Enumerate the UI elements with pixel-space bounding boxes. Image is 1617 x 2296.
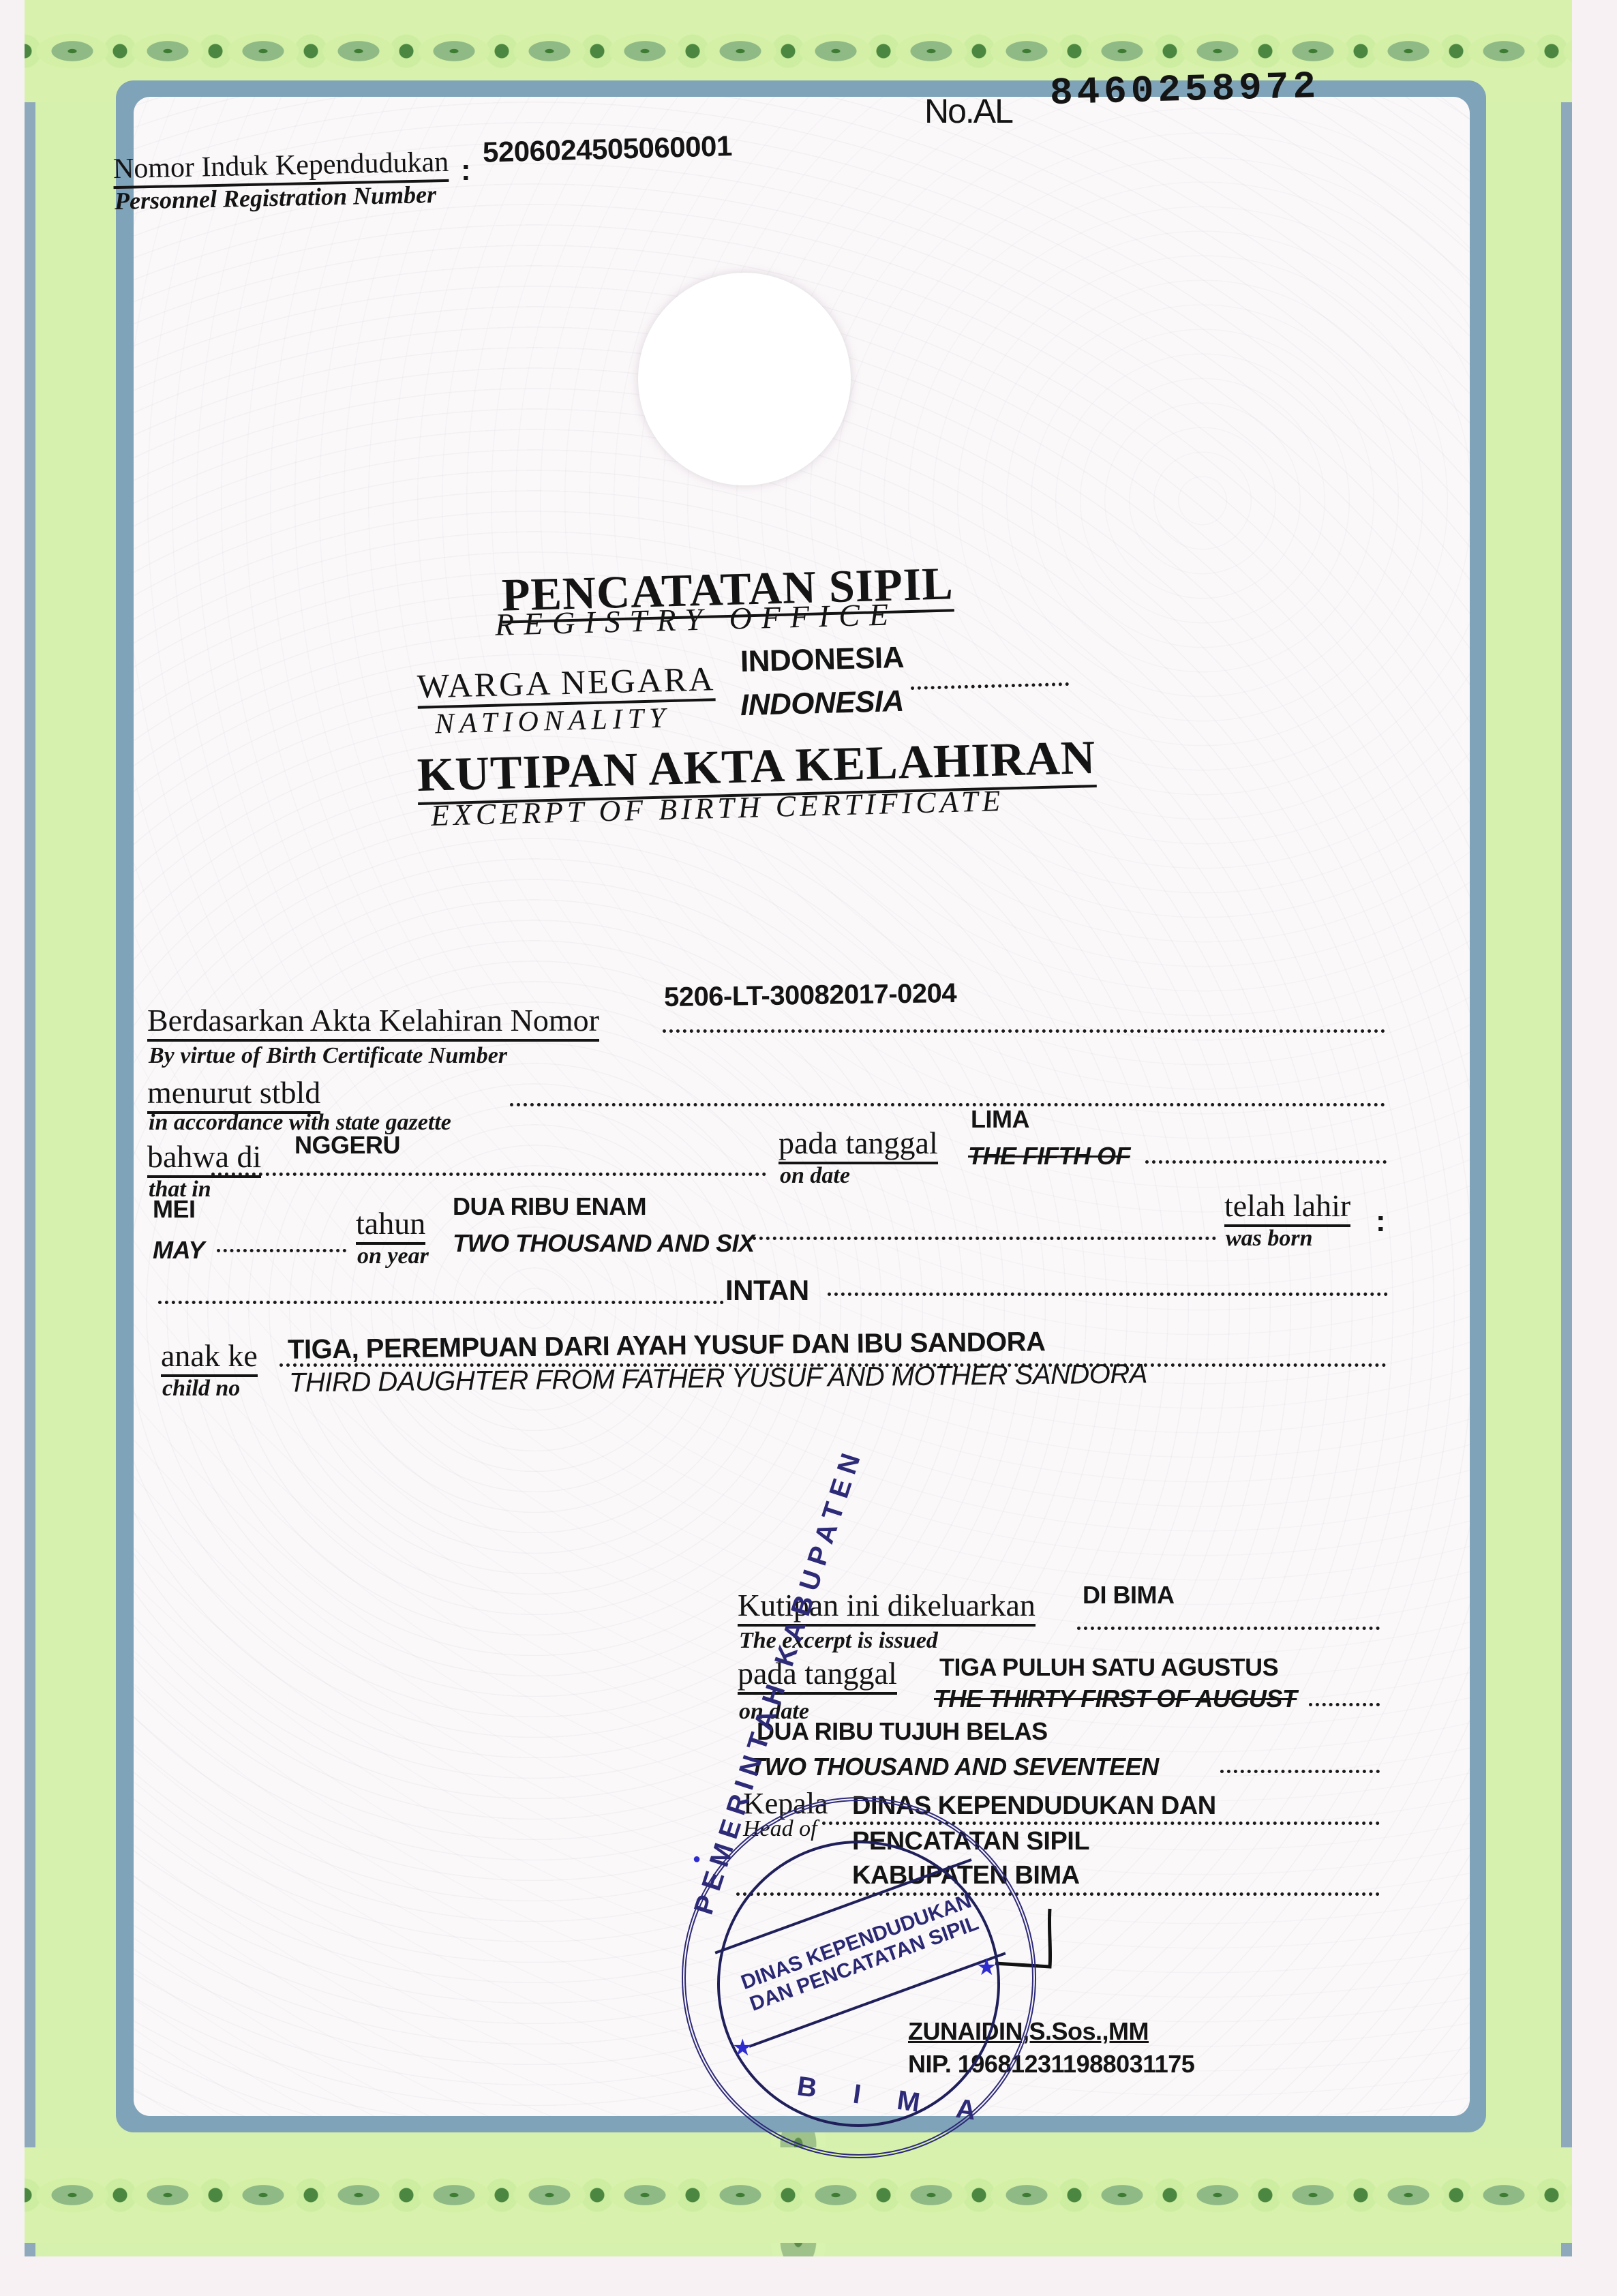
serial-value: 8460258972 <box>1049 65 1320 115</box>
cert-number-label-en: By virtue of Birth Certificate Number <box>149 1044 507 1068</box>
name-dotted-line-right <box>828 1293 1388 1296</box>
cert-number-value: 5206-LT-30082017-0204 <box>664 980 957 1011</box>
star-icon: ★ <box>732 2034 753 2061</box>
issue-year-value: DUA RIBU TUJUH BELAS <box>757 1719 1048 1744</box>
cert-number-dotted-line <box>663 1029 1385 1033</box>
born-label-en: was born <box>1226 1227 1313 1250</box>
page-margin-bottom <box>0 2256 1617 2296</box>
place-value: NGGERU <box>294 1133 400 1158</box>
star-icon: ● <box>693 1852 701 1867</box>
year-label: tahun <box>356 1208 425 1245</box>
month-value: MEI <box>153 1197 196 1222</box>
nik-value: 5206024505060001 <box>483 132 733 167</box>
born-colon: : <box>1376 1207 1385 1237</box>
month-dotted-line <box>217 1249 346 1252</box>
nationality-value-en: INDONESIA <box>740 686 904 721</box>
name-dotted-line-left <box>158 1301 724 1304</box>
born-label: telah lahir <box>1224 1190 1350 1227</box>
issue-year-value-en: TWO THOUSAND AND SEVENTEEN <box>750 1755 1159 1779</box>
year-value: DUA RIBU ENAM <box>453 1194 646 1219</box>
year-value-en: TWO THOUSAND AND SIX <box>453 1231 755 1256</box>
issued-label-en: The excerpt is issued <box>739 1629 938 1652</box>
page-margin-right <box>1572 0 1617 2296</box>
year-label-en: on year <box>357 1245 429 1268</box>
date-dotted-line <box>1145 1160 1387 1164</box>
serial-prefix: No.AL <box>924 91 1012 131</box>
day-value-en: THE FIFTH OF <box>968 1144 1130 1168</box>
issued-place: DI BIMA <box>1083 1583 1175 1607</box>
date-label-en: on date <box>780 1164 850 1188</box>
nationality-label-en: NATIONALITY <box>434 701 671 740</box>
nik-colon: : <box>461 155 470 185</box>
child-name: INTAN <box>725 1276 809 1305</box>
year-dotted-line <box>753 1237 1216 1240</box>
stbld-label: menurut stbld <box>147 1077 320 1114</box>
place-dotted-line <box>211 1173 766 1176</box>
stbld-dotted-line <box>510 1103 1385 1106</box>
date-label: pada tanggal <box>779 1128 938 1164</box>
nik-label-en: Personnel Registration Number <box>115 182 437 213</box>
issue-year-dotted-line <box>1220 1770 1380 1773</box>
star-icon: ★ <box>976 1954 997 1981</box>
day-value: LIMA <box>971 1107 1029 1132</box>
issue-date-dotted-line <box>1309 1703 1380 1706</box>
issue-date-value: TIGA PULUH SATU AGUSTUS <box>939 1655 1278 1680</box>
issued-place-dotted-line <box>1077 1627 1380 1630</box>
cert-number-label: Berdasarkan Akta Kelahiran Nomor <box>147 1005 599 1042</box>
embossed-seal-area <box>638 273 851 485</box>
issue-date-value-en: THE THIRTY FIRST OF AUGUST <box>934 1687 1297 1711</box>
nationality-value: INDONESIA <box>740 643 904 677</box>
nationality-label: WARGA NEGARA <box>417 661 716 708</box>
child-no-label-en: child no <box>162 1377 240 1400</box>
month-value-en: MAY <box>153 1238 205 1263</box>
child-no-label: anak ke <box>161 1340 258 1377</box>
guilloche-border-bottom <box>25 2147 1572 2243</box>
